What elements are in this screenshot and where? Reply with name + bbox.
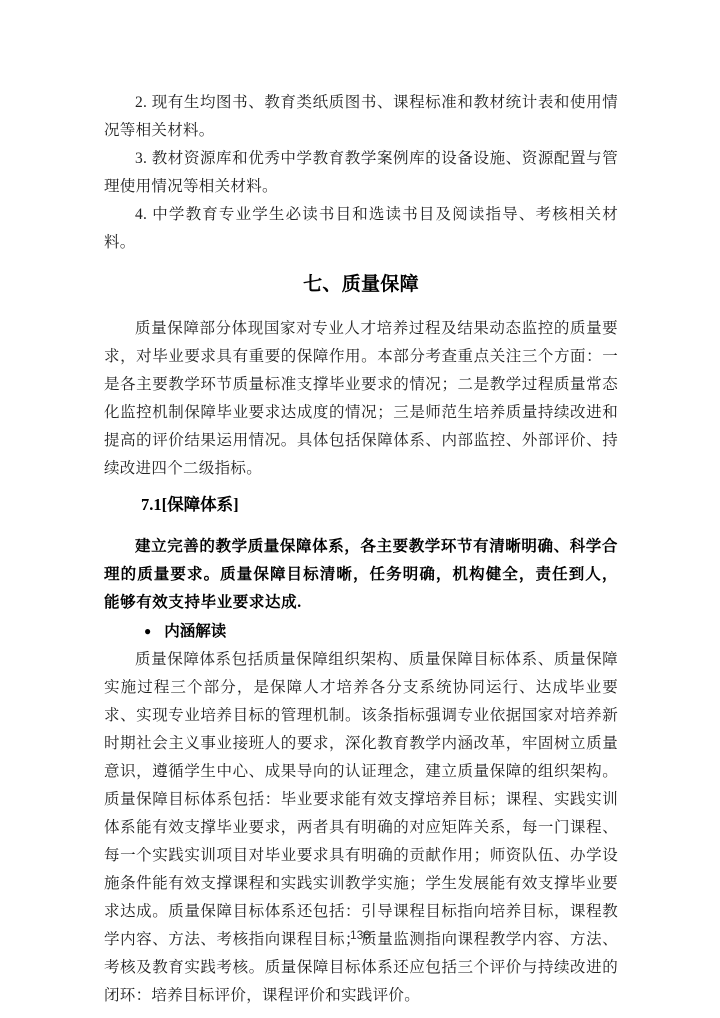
chapter-heading: 七、质量保障	[104, 271, 618, 299]
bullet-label: 内涵解读	[164, 623, 226, 640]
materials-list-item-3: 3. 教材资源库和优秀中学教育教学案例库的设备设施、资源配置与管理使用情况等相关…	[104, 145, 618, 201]
page-number: 136	[0, 927, 720, 943]
bullet-circle-icon: ●	[144, 617, 151, 645]
materials-list-item-4: 4. 中学教育专业学生必读书目和选读书目及阅读指导、考核相关材料。	[104, 201, 618, 257]
page-content: 2. 现有生均图书、教育类纸质图书、课程标准和教材统计表和使用情况等相关材料。 …	[104, 89, 618, 1010]
section-heading: 7.1[保障体系]	[104, 491, 618, 519]
document-page: 2. 现有生均图书、教育类纸质图书、课程标准和教材统计表和使用情况等相关材料。 …	[0, 0, 720, 1018]
bullet-item-connotation: ●内涵解读	[104, 617, 618, 646]
standard-statement-paragraph: 建立完善的教学质量保障体系，各主要教学环节有清晰明确、科学合理的质量要求。质量保…	[104, 533, 618, 617]
interpretation-paragraph: 质量保障体系包括质量保障组织架构、质量保障目标体系、质量保障实施过程三个部分，是…	[104, 646, 618, 1010]
materials-list-item-2: 2. 现有生均图书、教育类纸质图书、课程标准和教材统计表和使用情况等相关材料。	[104, 89, 618, 145]
chapter-intro-paragraph: 质量保障部分体现国家对专业人才培养过程及结果动态监控的质量要求，对毕业要求具有重…	[104, 315, 618, 483]
